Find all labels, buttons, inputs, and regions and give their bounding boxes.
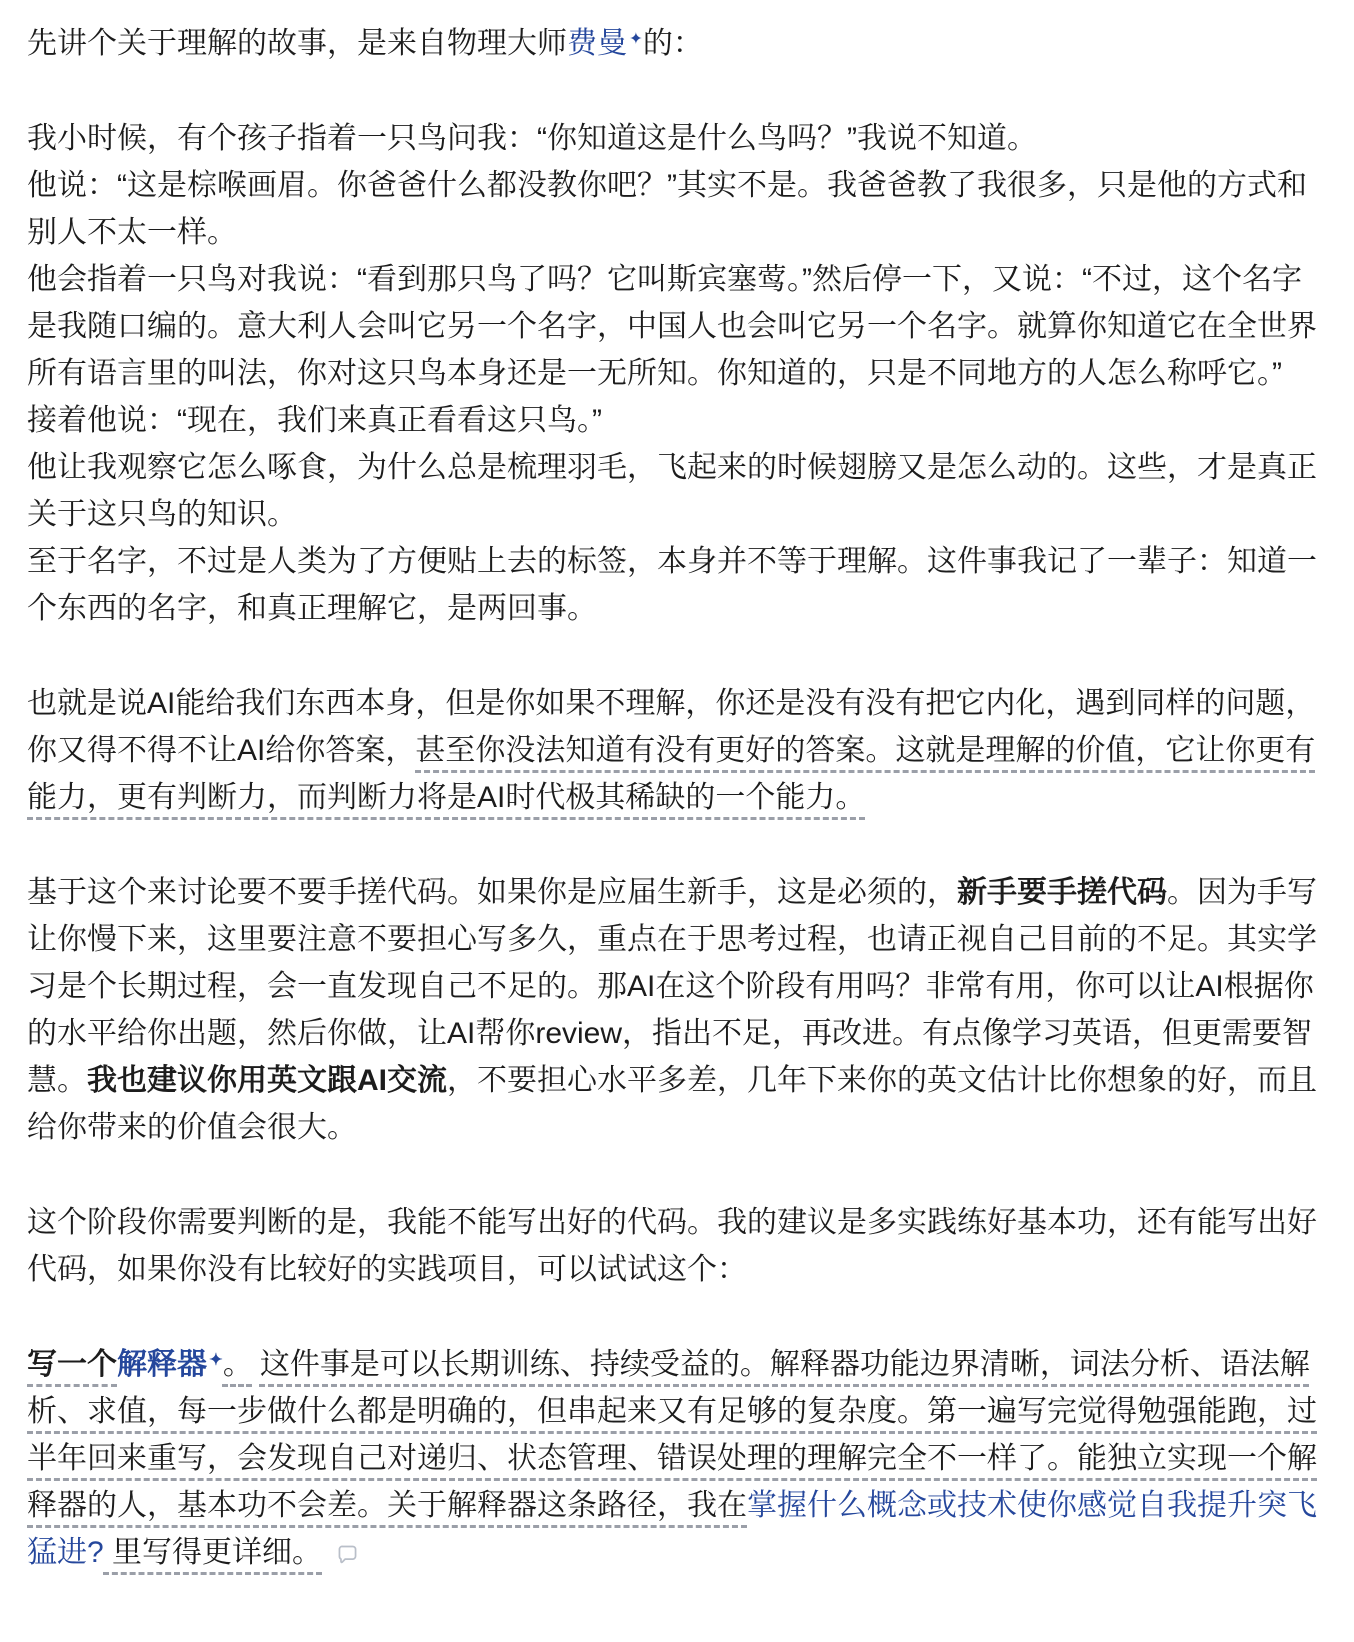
article: 先讲个关于理解的故事，是来自物理大师费曼✦的：我小时候，有个孩子指着一只鸟问我：… [0, 0, 1354, 1590]
paragraph-hand-write-code: 基于这个来讨论要不要手搓代码。如果你是应届生新手，这是必须的，新手要手搓代码。因… [27, 869, 1327, 1151]
paragraph-interpreter: 写一个解释器✦。这件事是可以长期训练、持续受益的。解释器功能边界清晰，词法分析、… [27, 1341, 1327, 1576]
text-segment: 接着他说：“现在，我们来真正看看这只鸟。” [27, 404, 602, 437]
sparkle-icon: ✦ [629, 31, 643, 48]
text-segment: 他会指着一只鸟对我说：“看到那只鸟了吗？它叫斯宾塞莺。”然后停一下，又说：“不过… [27, 263, 1317, 390]
text-segment: 我也建议你用英文跟AI交流 [87, 1064, 447, 1097]
paragraph-understanding-value: 也就是说AI能给我们东西本身，但是你如果不理解，你还是没有没有把它内化，遇到同样… [27, 680, 1327, 821]
text-segment: 基于这个来讨论要不要手搓代码。如果你是应届生新手，这是必须的， [27, 876, 957, 909]
text-segment: 这个阶段你需要判断的是，我能不能写出好的代码。我的建议是多实践练好基本功，还有能… [27, 1206, 1317, 1286]
paragraph-intro: 先讲个关于理解的故事，是来自物理大师费曼✦的： [27, 20, 1327, 67]
inline-link[interactable]: 解释器✦ [117, 1348, 223, 1381]
text-segment: 。 [223, 1348, 253, 1381]
sparkle-icon: ✦ [209, 1352, 223, 1369]
text-segment: 我小时候，有个孩子指着一只鸟问我：“你知道这是什么鸟吗？”我说不知道。 [27, 122, 1037, 155]
comment-bubble-icon[interactable] [336, 1543, 359, 1566]
text-segment: 至于名字，不过是人类为了方便贴上去的标签，本身并不等于理解。这件事我记了一辈子：… [27, 545, 1317, 625]
text-segment: 先讲个关于理解的故事，是来自物理大师 [27, 27, 567, 60]
text-segment: 他说：“这是棕喉画眉。你爸爸什么都没教你吧？”其实不是。我爸爸教了我很多，只是他… [27, 169, 1307, 249]
text-segment: 的： [643, 27, 703, 60]
inline-link[interactable]: 费曼✦ [567, 27, 643, 60]
paragraph-judge-stage: 这个阶段你需要判断的是，我能不能写出好的代码。我的建议是多实践练好基本功，还有能… [27, 1199, 1327, 1293]
text-segment: 他让我观察它怎么啄食，为什么总是梳理羽毛，飞起来的时候翅膀又是怎么动的。这些，才… [27, 451, 1317, 531]
text-segment: 里写得更详细。 [104, 1536, 322, 1569]
paragraph-feynman-story: 我小时候，有个孩子指着一只鸟问我：“你知道这是什么鸟吗？”我说不知道。他说：“这… [27, 115, 1327, 632]
text-segment: 新手要手搓代码 [957, 876, 1167, 909]
text-segment: 写一个 [27, 1348, 117, 1381]
